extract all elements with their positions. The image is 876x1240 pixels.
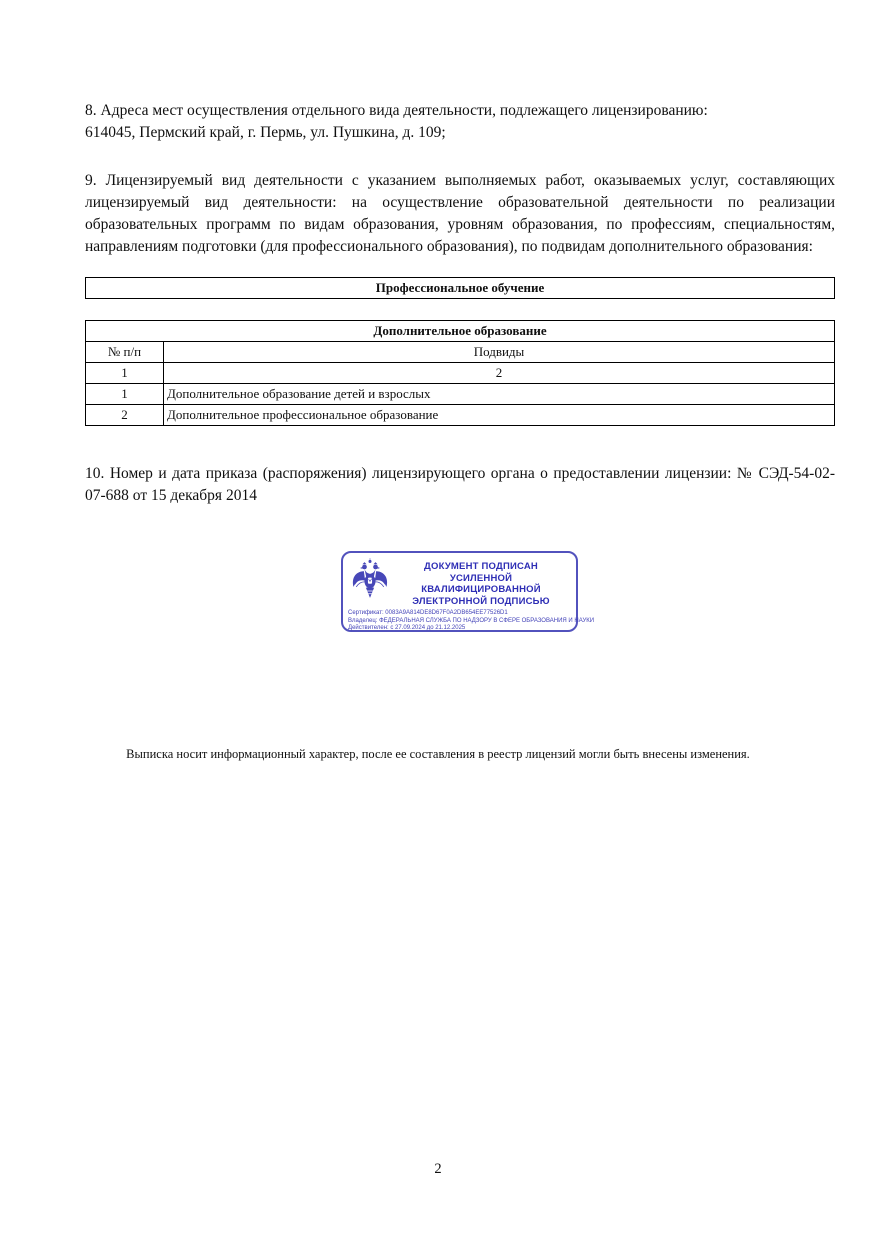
column-number-1: 1 — [86, 363, 164, 384]
row-num: 2 — [86, 405, 164, 426]
table-header-row: № п/п Подвиды — [86, 342, 835, 363]
table-column-number-row: 1 2 — [86, 363, 835, 384]
row-subtype: Дополнительное профессиональное образова… — [164, 405, 835, 426]
section-order-number: 10. Номер и дата приказа (распоряжения) … — [85, 463, 835, 507]
stamp-title-line1: ДОКУМЕНТ ПОДПИСАН — [424, 561, 538, 572]
stamp-title: ДОКУМЕНТ ПОДПИСАН УСИЛЕННОЙ КВАЛИФИЦИРОВ… — [392, 557, 570, 607]
column-header-subtypes: Подвиды — [164, 342, 835, 363]
stamp-title-line3: ЭЛЕКТРОННОЙ ПОДПИСЬЮ — [412, 596, 549, 607]
coat-of-arms-icon — [348, 557, 392, 603]
row-subtype: Дополнительное образование детей и взрос… — [164, 384, 835, 405]
column-header-num: № п/п — [86, 342, 164, 363]
column-number-2: 2 — [164, 363, 835, 384]
section-addresses-heading: 8. Адреса мест осуществления отдельного … — [85, 100, 835, 122]
section-addresses-value: 614045, Пермский край, г. Пермь, ул. Пуш… — [85, 122, 835, 144]
table-row: 2 Дополнительное профессиональное образо… — [86, 405, 835, 426]
stamp-validity: Действителен: с 27.09.2024 до 21.12.2025 — [348, 625, 570, 633]
stamp-certificate: Сертификат: 0083A9A814DE8D67F0A2DB654EE7… — [348, 610, 570, 618]
page-number: 2 — [0, 1161, 876, 1178]
table-professional-training: Профессиональное обучение — [85, 277, 835, 299]
footer-disclaimer: Выписка носит информационный характер, п… — [0, 747, 876, 762]
document-page: 8. Адреса мест осуществления отдельного … — [0, 0, 876, 1240]
stamp-title-line2: УСИЛЕННОЙ КВАЛИФИЦИРОВАННОЙ — [421, 573, 541, 596]
table-additional-education: Дополнительное образование № п/п Подвиды… — [85, 320, 835, 426]
digital-signature-stamp: ДОКУМЕНТ ПОДПИСАН УСИЛЕННОЙ КВАЛИФИЦИРОВ… — [341, 551, 578, 632]
row-num: 1 — [86, 384, 164, 405]
table-additional-education-title: Дополнительное образование — [86, 321, 835, 342]
section-licensed-activity: 9. Лицензируемый вид деятельности с указ… — [85, 170, 835, 258]
table-professional-training-title: Профессиональное обучение — [86, 278, 835, 299]
section-addresses: 8. Адреса мест осуществления отдельного … — [85, 100, 835, 144]
table-row: 1 Дополнительное образование детей и взр… — [86, 384, 835, 405]
